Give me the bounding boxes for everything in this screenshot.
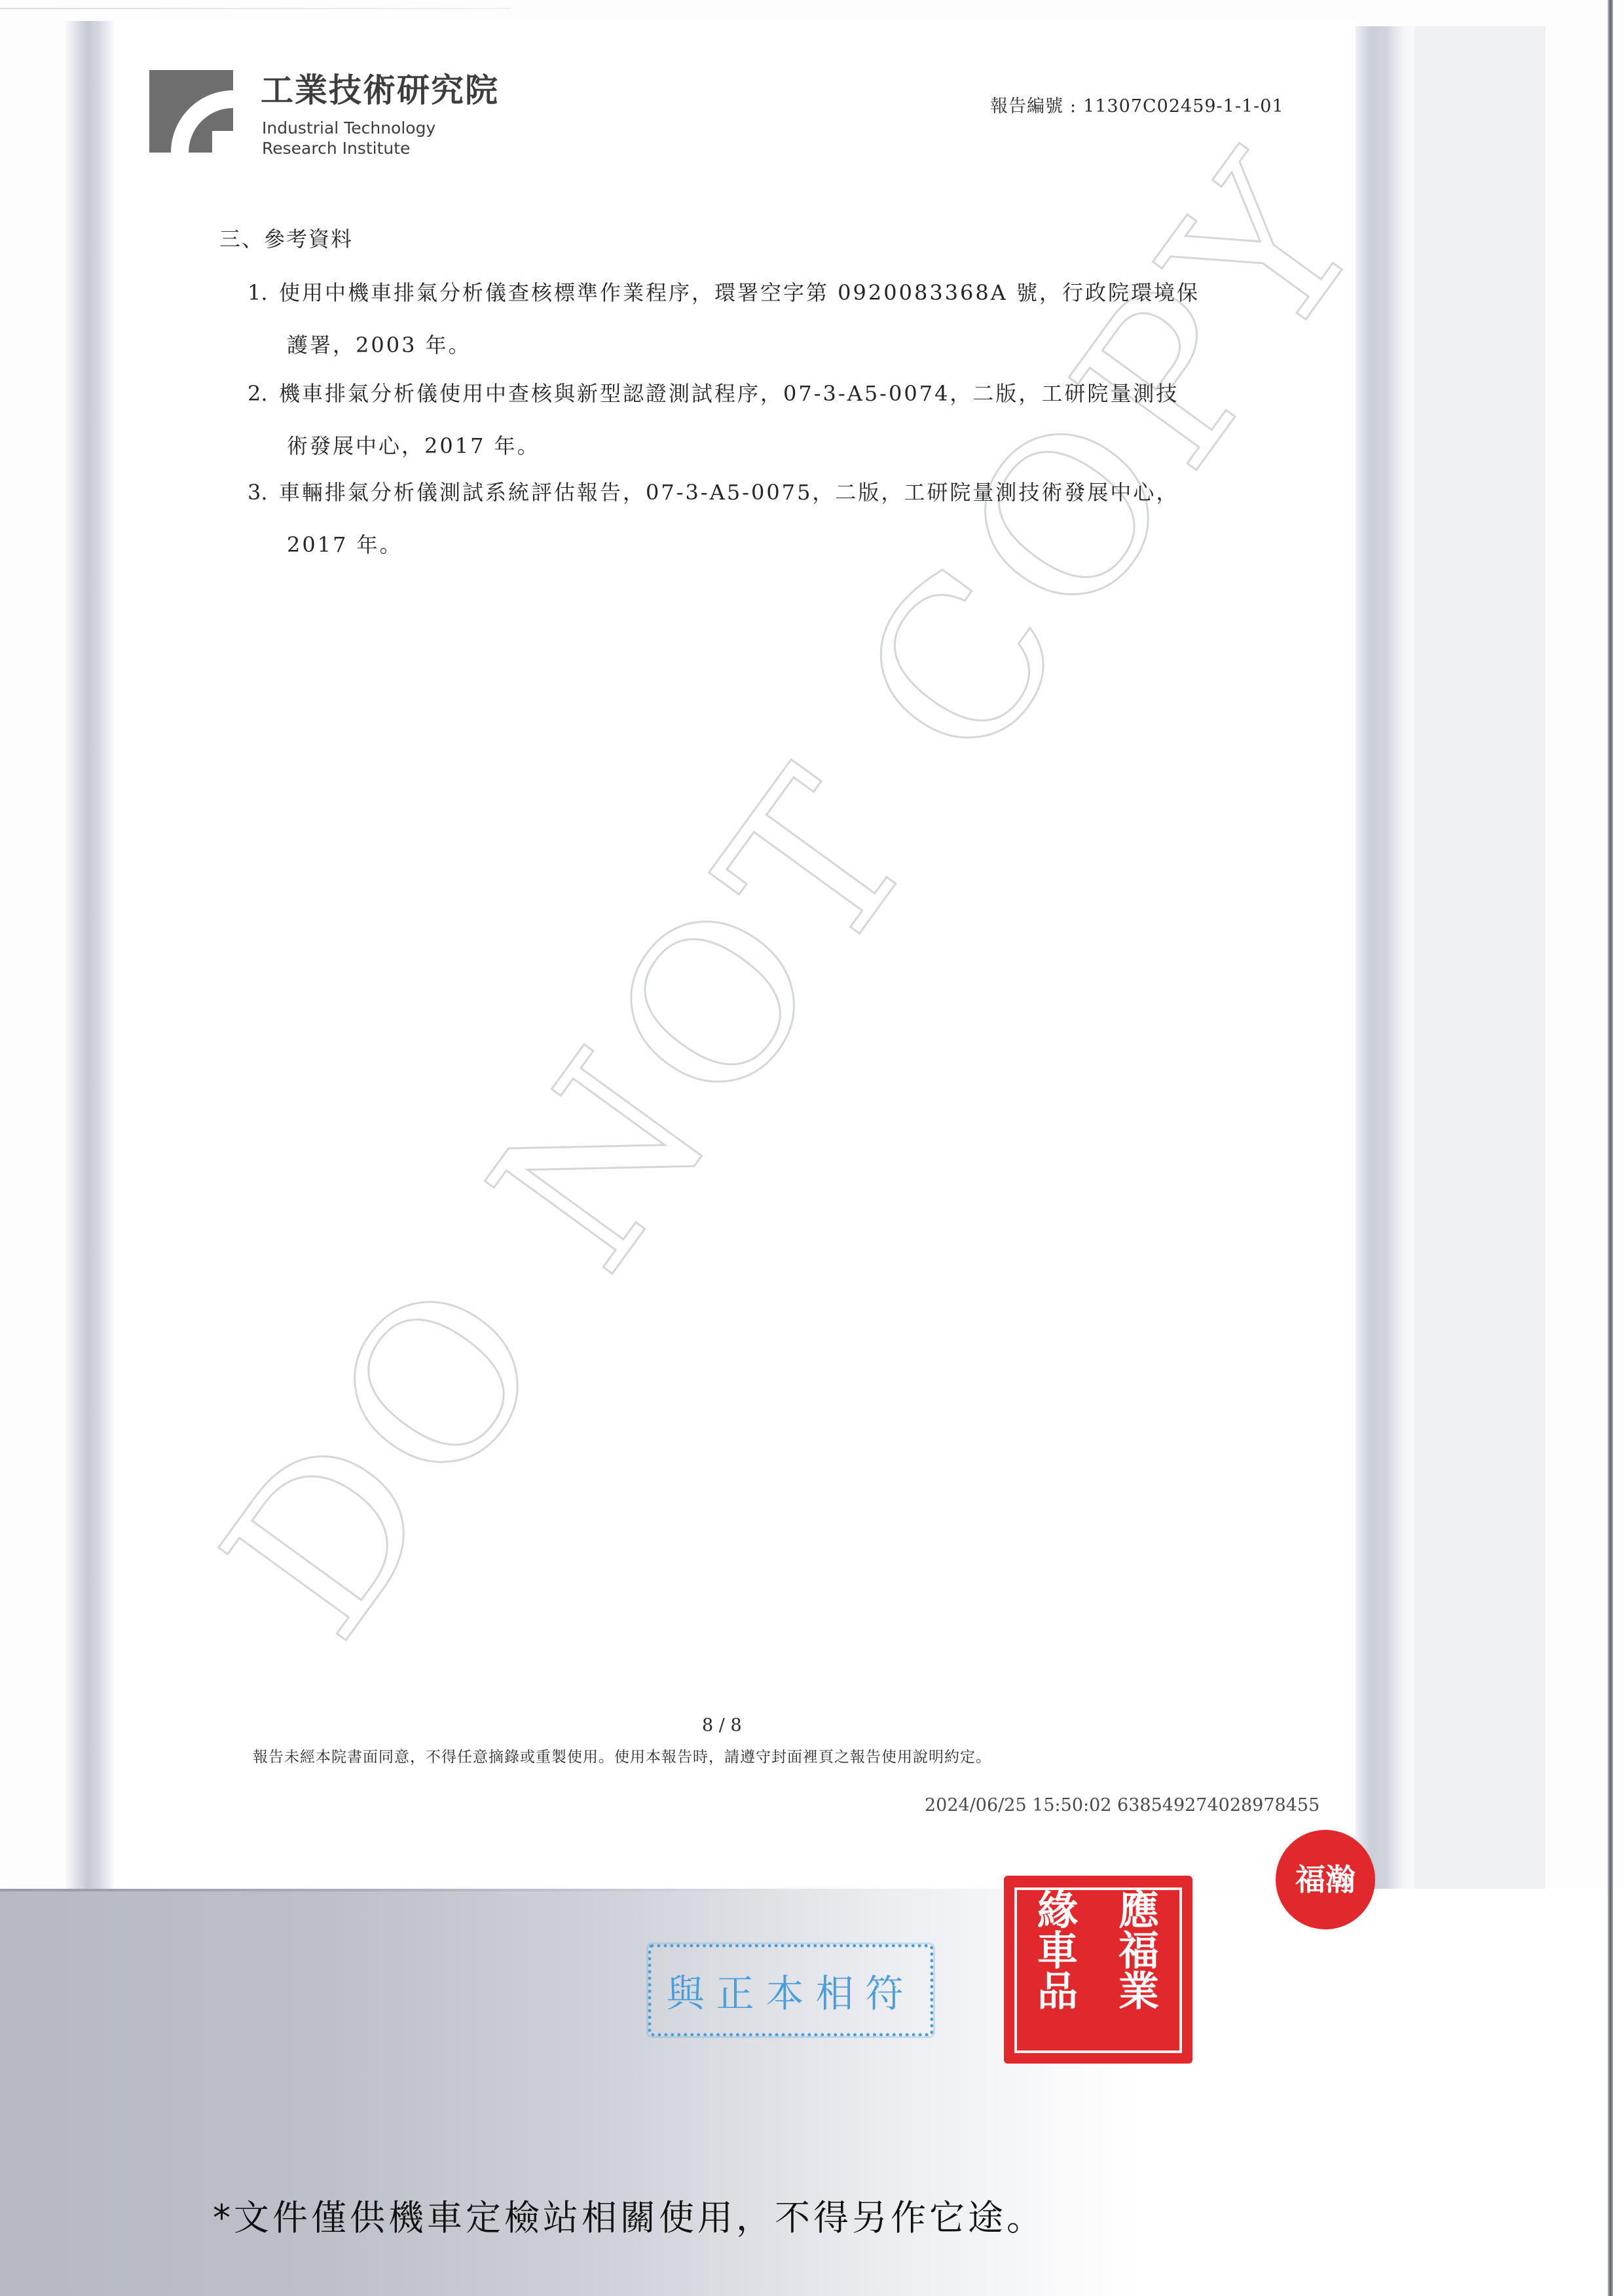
org-name-english-line1: Industrial Technology — [262, 118, 435, 138]
report-number-label: 報告編號 — [990, 96, 1063, 117]
report-number-value: 11307C02459-1-1-01 — [1083, 96, 1284, 117]
reference-number: 2. — [248, 367, 279, 420]
print-timestamp: 2024/06/25 15:50:02 638549274028978455 — [925, 1795, 1319, 1815]
square-seal-border: 緣 車 品 應 福 業 — [1014, 1887, 1182, 2053]
scan-edge-line — [0, 8, 511, 9]
reference-text-line1: 車輛排氣分析儀測試系統評估報告，07-3-A5-0075，二版，工研院量測技術發… — [279, 480, 1179, 505]
scanner-right-edge — [1608, 0, 1613, 2296]
reference-item: 1.使用中機車排氣分析儀查核標準作業程序，環署空字第 0920083368A 號… — [248, 266, 1269, 371]
report-number-separator: : — [1070, 96, 1077, 117]
round-seal-text: 福瀚 — [1291, 1863, 1359, 1896]
seal-char: 業 — [1118, 1971, 1159, 2012]
seal-column-right: 應 福 業 — [1098, 1890, 1179, 2012]
seal-column-left: 緣 車 品 — [1017, 1890, 1098, 2012]
page-number: 8 / 8 — [702, 1715, 742, 1736]
left-page-shadow — [65, 21, 115, 1900]
report-number: 報告編號:11307C02459-1-1-01 — [990, 92, 1284, 117]
reference-text-line1: 機車排氣分析儀使用中查核與新型認證測試程序，07-3-A5-0074，二版，工研… — [279, 381, 1179, 406]
right-shadow-area — [1414, 26, 1545, 1899]
section-title: 三、參考資料 — [219, 223, 353, 253]
square-company-seal: 緣 車 品 應 福 業 — [1004, 1876, 1192, 2064]
reference-item: 3.車輛排氣分析儀測試系統評估報告，07-3-A5-0075，二版，工研院量測技… — [248, 466, 1269, 571]
reference-text-line2: 2017 年。 — [248, 519, 1269, 571]
org-name-english-line2: Research Institute — [262, 138, 435, 158]
seal-char: 應 — [1118, 1890, 1159, 1931]
seal-char: 緣 — [1037, 1890, 1078, 1931]
reference-number: 1. — [248, 266, 279, 319]
reference-item: 2.機車排氣分析儀使用中查核與新型認證測試程序，07-3-A5-0074，二版，… — [248, 367, 1269, 472]
seal-char: 車 — [1037, 1931, 1078, 1971]
usage-disclaimer: 報告未經本院書面同意，不得任意摘錄或重製使用。使用本報告時，請遵守封面裡頁之報告… — [253, 1745, 991, 1766]
seal-char: 品 — [1037, 1971, 1078, 2012]
itri-logo-icon — [149, 70, 233, 153]
reference-text-line2: 術發展中心，2017 年。 — [248, 420, 1269, 472]
round-personal-seal: 福瀚 — [1276, 1830, 1375, 1929]
bottom-shadow-edge — [0, 1889, 786, 1891]
org-name-chinese: 工業技術研究院 — [261, 71, 499, 110]
certified-copy-stamp: 與正本相符 — [648, 1944, 933, 2036]
reference-text-line2: 護署，2003 年。 — [248, 319, 1269, 371]
usage-restriction-notice: *文件僅供機車定檢站相關使用，不得另作它途。 — [213, 2190, 1045, 2240]
org-name-english: Industrial Technology Research Institute — [262, 118, 435, 158]
seal-char: 福 — [1118, 1931, 1159, 1971]
reference-number: 3. — [248, 466, 279, 519]
certified-copy-text: 與正本相符 — [666, 1963, 915, 2018]
reference-text-line1: 使用中機車排氣分析儀查核標準作業程序，環署空字第 0920083368A 號，行… — [279, 280, 1200, 305]
